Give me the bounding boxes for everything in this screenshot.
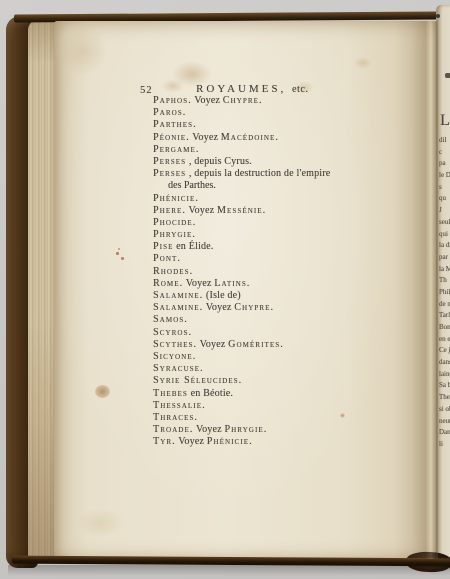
facing-text-fragment: en ent: [439, 334, 450, 346]
facing-text-fragment: par le: [439, 252, 450, 264]
foxing-stain: [60, 27, 106, 75]
facing-text-fragment: c: [439, 147, 450, 159]
book-page-left: 52 ROYAUMES, etc. Paphos. Voyez Chypre.P…: [54, 21, 438, 559]
header-title: ROYAUMES,: [196, 83, 286, 95]
entry-name: Thebes: [153, 388, 188, 399]
entry: Scythes. Voyez Gomérites.: [153, 339, 330, 351]
entry-name: Scyros.: [153, 327, 192, 338]
entry-name: Thraces.: [153, 412, 198, 423]
entry-name: Scythes.: [153, 339, 197, 350]
entry-name: Phocide.: [153, 217, 196, 228]
entry-name: Sicyone.: [153, 351, 196, 362]
entry: Troade. Voyez Phrygie.: [153, 424, 330, 436]
facing-text-fragment: Dans: [439, 427, 450, 439]
entry-name: Phrygie.: [224, 424, 267, 435]
foxing-speck: [340, 413, 345, 418]
entry: Thraces.: [153, 412, 330, 424]
facing-text-fragment: si ob: [439, 404, 450, 416]
entry: Tyr. Voyez Phénicie.: [153, 436, 330, 448]
entry-text: en Élide.: [173, 241, 213, 252]
entry: Samos.: [153, 314, 330, 326]
entry-continuation: des Parthes.: [153, 180, 330, 192]
facing-text-fragment: neut: [439, 416, 450, 428]
entry: Perses , depuis la destruction de l'empi…: [153, 168, 330, 180]
facing-text-fragment: J: [439, 205, 450, 217]
entry-name: Messénie.: [217, 205, 266, 216]
entry: Thebes en Béotie.: [153, 388, 330, 400]
foxing-stain: [354, 57, 372, 69]
entry: Phere. Voyez Messénie.: [153, 205, 330, 217]
entry-text: Voyez: [192, 95, 223, 106]
entry-name: Pergame.: [153, 144, 199, 155]
entry-name: Samos.: [153, 314, 188, 325]
facing-text-fragment: pa: [439, 158, 450, 170]
entry: Perses , depuis Cyrus.: [153, 156, 330, 168]
entry-name: Latins.: [214, 278, 250, 289]
entry-name: Phrygie.: [153, 229, 196, 240]
facing-text-fragment: Philip: [439, 287, 450, 299]
facing-text-fragment: laine: [439, 369, 450, 381]
entry-text: Voyez: [193, 424, 224, 435]
entry: Pergame.: [153, 144, 330, 156]
entry-text: en Béotie.: [188, 388, 233, 399]
entry: Péonie. Voyez Macédoine.: [153, 132, 330, 144]
facing-text-fragment: Tarl: [439, 310, 450, 322]
entry: Phocide.: [153, 217, 330, 229]
entry-name: Rome.: [153, 278, 183, 289]
foxing-speck: [121, 257, 124, 260]
entry-name: Syrie Séleucides.: [153, 375, 242, 386]
book-drop-shadow: [8, 565, 450, 576]
entry: Paphos. Voyez Chypre.: [153, 95, 330, 107]
facing-drop-cap: L: [440, 113, 450, 129]
entry: Pont.: [153, 253, 330, 265]
entry: Pise en Élide.: [153, 241, 330, 253]
header-etc: etc.: [292, 84, 309, 95]
entry-name: Thessalie.: [153, 400, 206, 411]
foxing-stain: [162, 79, 184, 93]
facing-text-fragment: la Mac: [439, 264, 450, 276]
entry-name: Paphos.: [153, 95, 192, 106]
facing-fragments: dilcpale DsquJseulqui éla dispar lela Ma…: [439, 135, 450, 462]
entry-name: Rhodes.: [153, 266, 193, 277]
page-header: ROYAUMES, etc.: [196, 83, 309, 95]
entry-name: Pise: [153, 241, 173, 252]
facing-text-fragment: Th: [439, 275, 450, 287]
facing-text-fragment: qui é: [439, 229, 450, 241]
entry: Thessalie.: [153, 400, 330, 412]
entry-name: Troade.: [153, 424, 193, 435]
facing-text-fragment: Ce je: [439, 345, 450, 357]
entry-text: Voyez: [176, 436, 207, 447]
entry-name: Pont.: [153, 253, 181, 264]
entry-name: Paros.: [153, 107, 186, 118]
entry-text: Voyez: [186, 205, 217, 216]
foxing-stain: [95, 385, 110, 398]
entry-name: Chypre.: [223, 95, 263, 106]
page-number: 52: [140, 85, 153, 96]
entry-name: Phénicie.: [153, 193, 199, 204]
entry-name: Péonie.: [153, 132, 190, 143]
entry-name: Tyr.: [153, 436, 176, 447]
binding-speck: [436, 14, 440, 18]
facing-page-sliver: L dilcpale DsquJseulqui éla dispar lela …: [436, 5, 450, 562]
facing-text-fragment: Sa b: [439, 380, 450, 392]
entry-name: Macédoine.: [221, 132, 279, 143]
entry: Salamine. (Isle de): [153, 290, 330, 302]
entries-list: Paphos. Voyez Chypre.Paros.Parthes.Péoni…: [153, 95, 330, 448]
facing-text-fragment: seul: [439, 217, 450, 229]
facing-text-fragment: le D: [439, 170, 450, 182]
entry: Phénicie.: [153, 193, 330, 205]
facing-text-fragment: s: [439, 182, 450, 194]
entry-name: Gomérites.: [228, 339, 284, 350]
facing-header-fragment: [445, 73, 450, 78]
entry: Paros.: [153, 107, 330, 119]
foxing-stain: [78, 509, 122, 537]
entry: Parthes.: [153, 119, 330, 131]
entry-text: Voyez: [197, 339, 228, 350]
entry: Rome. Voyez Latins.: [153, 278, 330, 290]
entry: Salamine. Voyez Chypre.: [153, 302, 330, 314]
entry-name: Syracuse.: [153, 363, 204, 374]
entry: Scyros.: [153, 327, 330, 339]
entry-name: Parthes.: [153, 119, 197, 130]
facing-text-fragment: la dis: [439, 240, 450, 252]
entry-name: Chypre.: [234, 302, 274, 313]
entry-name: Perses: [153, 168, 186, 179]
facing-text-fragment: Thes: [439, 392, 450, 404]
entry: Syracuse.: [153, 363, 330, 375]
entry: Rhodes.: [153, 266, 330, 278]
entry-name: Salamine.: [153, 290, 203, 301]
entry-name: Phere.: [153, 205, 186, 216]
entry-name: Phénicie.: [207, 436, 253, 447]
entry: Syrie Séleucides.: [153, 375, 330, 387]
book-photo: 52 ROYAUMES, etc. Paphos. Voyez Chypre.P…: [0, 0, 450, 579]
entry-text: Voyez: [190, 132, 221, 143]
entry-text: Voyez: [183, 278, 214, 289]
entry: Phrygie.: [153, 229, 330, 241]
facing-text-fragment: dans l'É: [439, 357, 450, 369]
foxing-speck: [118, 248, 120, 250]
entry: Sicyone.: [153, 351, 330, 363]
facing-text-fragment: qu: [439, 193, 450, 205]
facing-text-fragment: dil: [439, 135, 450, 147]
entry-text: (Isle de): [203, 290, 241, 301]
entry-name: Salamine.: [153, 302, 203, 313]
facing-text-fragment: Bon,: [439, 322, 450, 334]
entry-text: , depuis la destruction de l'empire: [186, 168, 330, 179]
facing-text-fragment: de no: [439, 299, 450, 311]
facing-text-fragment: [439, 451, 450, 463]
facing-text-fragment: li: [439, 439, 450, 451]
foxing-speck: [116, 252, 119, 255]
entry-text: Voyez: [203, 302, 234, 313]
entry-name: Perses: [153, 156, 186, 167]
entry-text: , depuis Cyrus.: [186, 156, 252, 167]
